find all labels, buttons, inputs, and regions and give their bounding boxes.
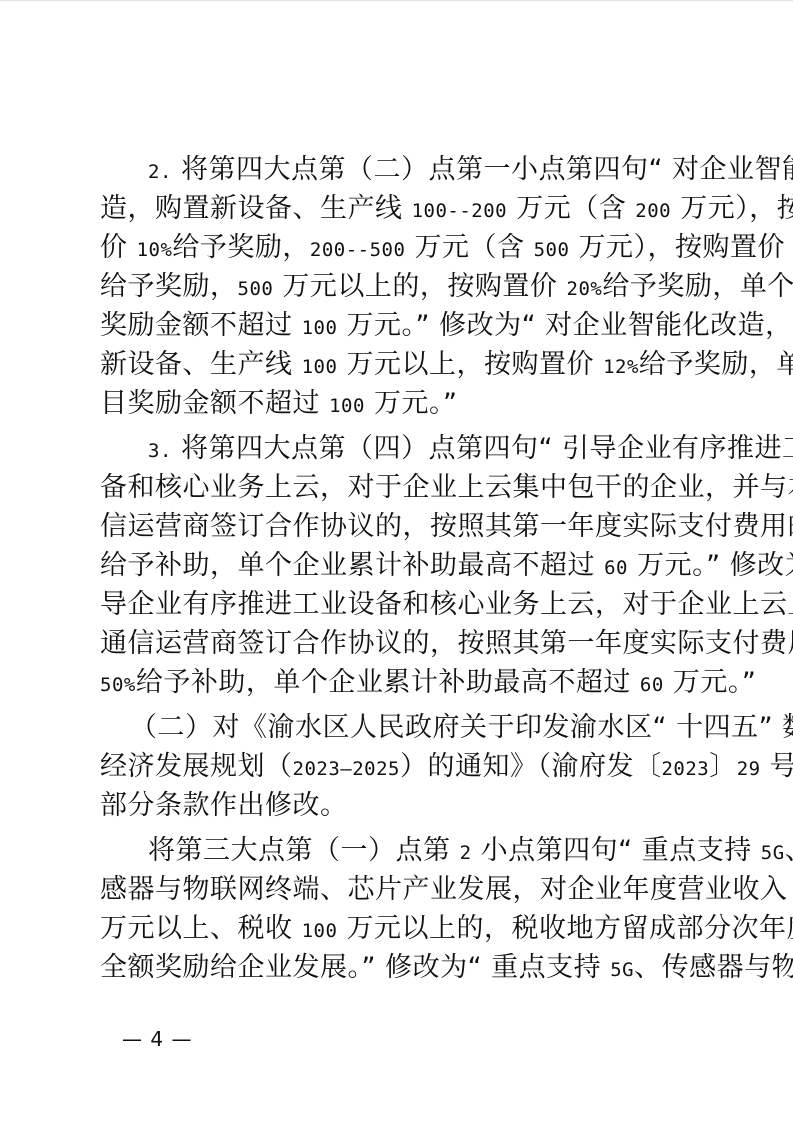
inline-number: 29	[737, 758, 761, 780]
inline-number: 100--200	[412, 200, 508, 222]
inline-number: 2.	[148, 161, 172, 183]
text-line: 新设备、生产线 100 万元以上，按购置价 12%给予奖励，单个项	[100, 345, 706, 384]
text-line: 3. 将第四大点第（四）点第四句“ 引导企业有序推进工业设	[100, 429, 706, 468]
text-line: 给予奖励，500 万元以上的，按购置价 20%给予奖励，单个项目	[100, 267, 706, 306]
inline-number: 200--500	[310, 239, 406, 261]
page-number: — 4 —	[122, 1028, 192, 1050]
inline-number: 60	[604, 557, 628, 579]
inline-number: 2	[460, 842, 472, 864]
inline-number: 2023—2025	[293, 758, 400, 780]
text-line: 给予补助，单个企业累计补助最高不超过 60 万元。” 修改为“ 引	[100, 546, 706, 585]
paragraph-amendment-plan: 将第三大点第（一）点第 2 小点第四句“ 重点支持 5G、传 感器与物联网终端、…	[100, 831, 706, 987]
text-line: （二）对《渝水区人民政府关于印发渝水区“ 十四五” 数字	[100, 708, 706, 747]
inline-number: 100	[329, 395, 365, 417]
text-line: 备和核心业务上云，对于企业上云集中包干的企业，并与本地通	[100, 468, 706, 507]
text-line: 目奖励金额不超过 100 万元。”	[100, 384, 706, 423]
paragraph-section-2: （二）对《渝水区人民政府关于印发渝水区“ 十四五” 数字 经济发展规划（2023…	[100, 708, 706, 825]
text-line: 造，购置新设备、生产线 100--200 万元（含 200 万元），按购置	[100, 189, 706, 228]
inline-number: 100	[302, 356, 338, 378]
text-line: 感器与物联网终端、芯片产业发展，对企业年度营业收入 2000	[100, 870, 706, 909]
text-line: 全额奖励给企业发展。” 修改为“ 重点支持 5G、传感器与物联	[100, 948, 706, 987]
text-line: 部分条款作出修改。	[100, 786, 706, 825]
inline-number: 200	[635, 200, 671, 222]
inline-number: 10%	[137, 239, 173, 261]
document-body: 2. 将第四大点第（二）点第一小点第四句“ 对企业智能化改 造，购置新设备、生产…	[100, 150, 706, 993]
paragraph-amendment-3: 3. 将第四大点第（四）点第四句“ 引导企业有序推进工业设 备和核心业务上云，对…	[100, 429, 706, 702]
text-line: 2. 将第四大点第（二）点第一小点第四句“ 对企业智能化改	[100, 150, 706, 189]
text-line: 通信运营商签订合作协议的，按照其第一年度实际支付费用的	[100, 624, 706, 663]
inline-number: 5G	[610, 959, 634, 981]
text-line: 万元以上、税收 100 万元以上的，税收地方留成部分次年度予以	[100, 909, 706, 948]
text-line: 将第三大点第（一）点第 2 小点第四句“ 重点支持 5G、传	[100, 831, 706, 870]
text-line: 经济发展规划（2023—2025）的通知》（渝府发〔2023〕29 号）	[100, 747, 706, 786]
inline-number: 50%	[100, 674, 136, 696]
text-line: 奖励金额不超过 100 万元。” 修改为“ 对企业智能化改造，购置	[100, 306, 706, 345]
inline-number: 12%	[603, 356, 639, 378]
inline-number: 3.	[148, 440, 172, 462]
inline-number: 5G	[761, 842, 785, 864]
text-line: 导企业有序推进工业设备和核心业务上云，对于企业上云且已与	[100, 585, 706, 624]
inline-number: 500	[534, 239, 570, 261]
inline-number: 500	[238, 278, 274, 300]
inline-number: 20%	[567, 278, 603, 300]
paragraph-amendment-2: 2. 将第四大点第（二）点第一小点第四句“ 对企业智能化改 造，购置新设备、生产…	[100, 150, 706, 423]
text-line: 50%给予补助，单个企业累计补助最高不超过 60 万元。”	[100, 663, 706, 702]
inline-number: 60	[640, 674, 664, 696]
document-page: 2. 将第四大点第（二）点第一小点第四句“ 对企业智能化改 造，购置新设备、生产…	[0, 0, 793, 1122]
inline-number: 100	[302, 317, 338, 339]
inline-number: 100	[302, 920, 338, 942]
text-line: 价 10%给予奖励，200--500 万元（含 500 万元），按购置价 15%	[100, 228, 706, 267]
inline-number: 2023	[661, 758, 709, 780]
text-line: 信运营商签订合作协议的，按照其第一年度实际支付费用的 50%	[100, 507, 706, 546]
